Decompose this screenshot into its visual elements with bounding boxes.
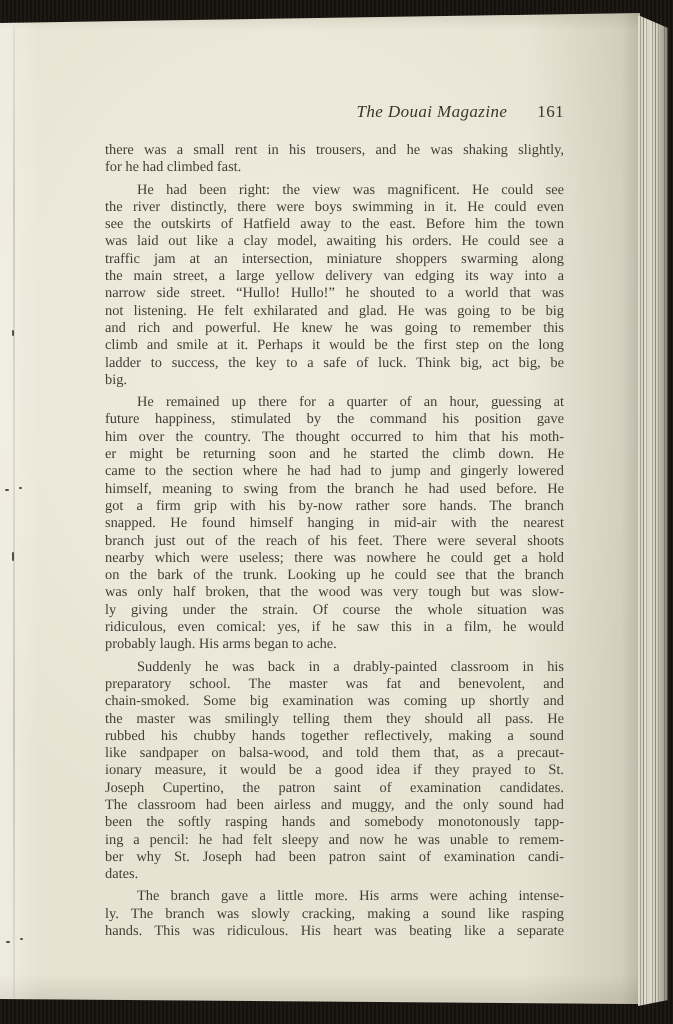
text-line: He had been right: the view was magnific… — [105, 182, 564, 199]
binding-stitch — [19, 487, 22, 489]
text-line: the main street, a large yellow delivery… — [105, 268, 564, 285]
text-line: preparatory school. The master was fat a… — [105, 676, 564, 693]
text-line: er might be returning soon and he starte… — [105, 446, 564, 463]
text-line: chain-smoked. Some big examination was c… — [105, 693, 564, 710]
binding-stitch — [6, 941, 10, 943]
page-number: 161 — [537, 102, 564, 122]
paragraph: Suddenly he was back in a drably-painted… — [105, 659, 564, 884]
book-page: The Douai Magazine 161 there was a small… — [0, 0, 640, 1008]
text-line: ridiculous, even comical: yes, if he saw… — [105, 619, 564, 636]
paragraph: The branch gave a little more. His arms … — [105, 888, 564, 940]
text-line: on the bark of the trunk. Looking up he … — [105, 567, 564, 584]
text-line: narrow side street. “Hullo! Hullo!” he s… — [105, 285, 564, 302]
binding-stitch — [12, 330, 14, 336]
text-line: been the softly rasping hands and somebo… — [105, 814, 564, 831]
running-header-title: The Douai Magazine — [357, 102, 508, 122]
paragraph: He remained up there for a quarter of an… — [105, 394, 564, 653]
binding-stitch — [20, 938, 23, 940]
text-line: him over the country. The thought occurr… — [105, 429, 564, 446]
running-header: The Douai Magazine 161 — [0, 102, 564, 122]
text-line: traffic jam at an intersection, miniatur… — [105, 251, 564, 268]
text-line: rubbed his chubby hands together reflect… — [105, 728, 564, 745]
binding-stitch — [5, 489, 9, 491]
text-line: ing a pencil: he had felt sleepy and now… — [105, 832, 564, 849]
text-line: probably laugh. His arms began to ache. — [105, 636, 564, 653]
text-line: ladder to success, the key to a safe of … — [105, 355, 564, 372]
text-line: branch just out of the reach of his feet… — [105, 533, 564, 550]
body-text: there was a small rent in his trousers, … — [105, 142, 564, 940]
text-line: nearby which were useless; there was now… — [105, 550, 564, 567]
book-photo: The Douai Magazine 161 there was a small… — [0, 0, 673, 1024]
text-line: Joseph Cupertino, the patron saint of ex… — [105, 780, 564, 797]
text-line: like sandpaper on balsa-wood, and told t… — [105, 745, 564, 762]
text-line: climb and smile at it. Perhaps it would … — [105, 337, 564, 354]
text-line: for he had climbed fast. — [105, 159, 564, 176]
text-line: himself, meaning to swing from the branc… — [105, 481, 564, 498]
text-line: got a firm grip with his by-now rather s… — [105, 498, 564, 515]
text-line: The branch gave a little more. His arms … — [105, 888, 564, 905]
text-line: see the outskirts of Hatfield away to th… — [105, 216, 564, 233]
text-line: ionary measure, it would be a good idea … — [105, 762, 564, 779]
text-line: ber why St. Joseph had been patron saint… — [105, 849, 564, 866]
text-line: came to the section where he had had to … — [105, 463, 564, 480]
text-line: ly giving under the strain. Of course th… — [105, 602, 564, 619]
text-line: Suddenly he was back in a drably-painted… — [105, 659, 564, 676]
text-line: was only half broken, that the wood was … — [105, 584, 564, 601]
text-line: The classroom had been airless and muggy… — [105, 797, 564, 814]
text-line: ly. The branch was slowly cracking, maki… — [105, 906, 564, 923]
text-line: future happiness, stimulated by the comm… — [105, 411, 564, 428]
page-crease — [13, 26, 15, 998]
text-line: big. — [105, 372, 564, 389]
text-line: He remained up there for a quarter of an… — [105, 394, 564, 411]
text-line: hands. This was ridiculous. His heart wa… — [105, 923, 564, 940]
page-edges — [638, 0, 668, 1012]
text-line: the master was smilingly telling them th… — [105, 711, 564, 728]
text-line: the river distinctly, there were boys sw… — [105, 199, 564, 216]
text-line: snapped. He found himself hanging in mid… — [105, 515, 564, 532]
text-line: there was a small rent in his trousers, … — [105, 142, 564, 159]
text-line: not listening. He felt exhilarated and g… — [105, 303, 564, 320]
text-line: and rich and powerful. He knew he was go… — [105, 320, 564, 337]
binding-stitch — [12, 552, 14, 561]
text-line: dates. — [105, 866, 564, 883]
paragraph: He had been right: the view was magnific… — [105, 182, 564, 390]
text-line: was laid out like a clay model, awaiting… — [105, 233, 564, 250]
paragraph: there was a small rent in his trousers, … — [105, 142, 564, 177]
